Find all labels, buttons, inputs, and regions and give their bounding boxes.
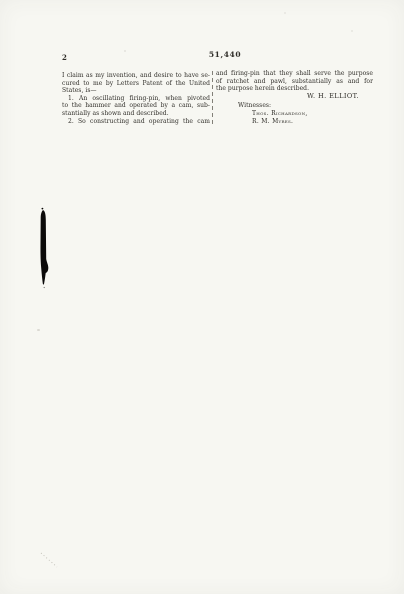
paper-speck-artifact: [284, 12, 286, 14]
inventor-signature: W. H. ELLIOT.: [216, 93, 373, 101]
claim-text-line: cured to me by Letters Patent of the Uni…: [62, 80, 210, 88]
witnesses-label: Witnesses:: [216, 102, 373, 110]
claim-text-line: stantially as shown and described.: [62, 110, 210, 118]
page-number: 2: [62, 53, 67, 62]
witness-name: Thos. Richardson,: [216, 110, 373, 118]
paper-speck-artifact: [351, 30, 353, 32]
claim-text-line: to the hammer and operated by a cam, sub…: [62, 102, 210, 110]
patent-number: 51,440: [195, 50, 255, 59]
patent-document-page: 2 51,440 I claim as my invention, and de…: [0, 0, 404, 594]
claim-text-line: and firing-pin that they shall serve the…: [216, 70, 373, 78]
claim-text-line: States, is—: [62, 87, 210, 95]
claims-column-right: and firing-pin that they shall serve the…: [216, 70, 373, 125]
paper-speck-artifact: [124, 50, 126, 52]
claims-column-left: I claim as my invention, and desire to h…: [62, 72, 210, 125]
ink-blot-artifact: [36, 204, 56, 294]
claim-text-line: I claim as my invention, and desire to h…: [62, 72, 210, 80]
claim-text-line: the purpose herein described.: [216, 85, 373, 93]
claim-1-line: 1. An oscillating firing-pin, when pivot…: [62, 95, 210, 103]
column-divider-rule: [212, 71, 213, 125]
paper-speck-artifact: [37, 329, 40, 331]
witness-name: R. M. Myres.: [216, 118, 373, 126]
claim-text-line: of ratchet and pawl, substantially as an…: [216, 78, 373, 86]
claim-2-line: 2. So constructing and operating the cam: [62, 118, 210, 126]
scratch-mark-artifact: [38, 550, 62, 572]
